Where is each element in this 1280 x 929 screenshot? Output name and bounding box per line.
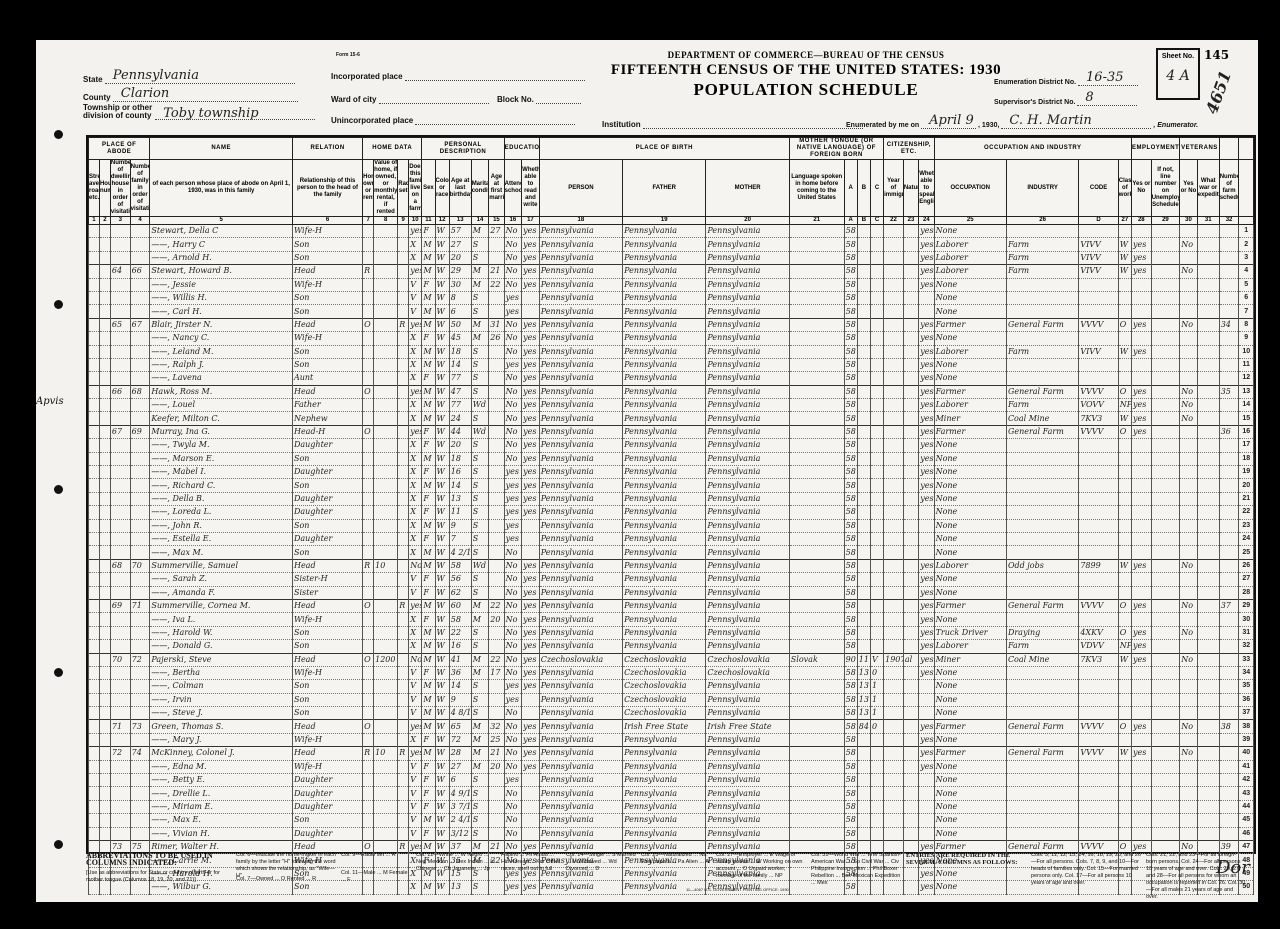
veteran — [1180, 358, 1198, 371]
immigration-year — [884, 573, 904, 586]
mother-birthplace: Pennsylvania — [706, 532, 789, 545]
person-name: ——, Vivian H. — [150, 827, 293, 840]
person-name: ——, Lavena — [150, 372, 293, 385]
can-read-write: yes — [522, 265, 540, 278]
dwelling-number — [110, 412, 130, 425]
age-at-marriage — [489, 466, 504, 479]
person-name: Pajerski, Steve — [150, 653, 293, 666]
occupation: Laborer — [934, 559, 1006, 572]
father-birthplace: Pennsylvania — [623, 800, 706, 813]
enumerator-name: C. H. Martin — [1001, 113, 1091, 128]
veteran — [1180, 345, 1198, 358]
war — [1197, 479, 1219, 492]
family-number — [130, 412, 150, 425]
column-number: 13 — [449, 217, 471, 225]
attended-school: No — [504, 626, 522, 639]
industry — [1006, 372, 1078, 385]
farm-schedule — [1219, 787, 1239, 800]
radio-set — [398, 626, 409, 639]
code-a: 58 — [844, 586, 857, 599]
industry: Farm — [1006, 251, 1078, 264]
can-read-write: yes — [522, 599, 540, 612]
row-number: 20 — [1239, 479, 1254, 492]
can-read-write: yes — [522, 586, 540, 599]
column-number: 1 — [89, 217, 100, 225]
mother-birthplace: Pennsylvania — [706, 506, 789, 519]
home-value — [374, 345, 398, 358]
radio-set — [398, 733, 409, 746]
column-number: 5 — [150, 217, 293, 225]
code-b — [857, 760, 870, 773]
code-c — [870, 573, 883, 586]
attended-school: No — [504, 439, 522, 452]
marital-status: S — [471, 800, 489, 813]
person-name: ——, Leland M. — [150, 345, 293, 358]
dwelling-number — [110, 492, 130, 505]
header-at-work: Yes or No — [1131, 160, 1151, 217]
binder-hole — [54, 130, 63, 139]
mother-tongue — [789, 532, 844, 545]
farm-residence: V — [409, 827, 422, 840]
radio-set — [398, 385, 409, 398]
war — [1197, 278, 1219, 291]
immigration-year — [884, 265, 904, 278]
line-number — [89, 291, 100, 304]
sex: M — [422, 814, 435, 827]
family-number — [130, 532, 150, 545]
mother-tongue — [789, 305, 844, 318]
veteran — [1180, 452, 1198, 465]
family-number: 71 — [130, 599, 150, 612]
at-work — [1131, 774, 1151, 787]
code-c — [870, 251, 883, 264]
can-read-write: yes — [522, 225, 540, 238]
can-read-write — [522, 519, 540, 532]
header-mother: MOTHER — [706, 160, 789, 217]
father-birthplace: Pennsylvania — [623, 599, 706, 612]
age-at-marriage — [489, 827, 504, 840]
radio-set — [398, 827, 409, 840]
sex: M — [422, 399, 435, 412]
page-stamp: 145 — [1204, 48, 1229, 62]
birthplace: Pennsylvania — [539, 586, 622, 599]
code-c — [870, 532, 883, 545]
age: 2 4/12 — [449, 814, 471, 827]
veteran — [1180, 707, 1198, 720]
war — [1197, 693, 1219, 706]
radio-set — [398, 278, 409, 291]
column-number: 19 — [623, 217, 706, 225]
sex: M — [422, 291, 435, 304]
mother-tongue — [789, 814, 844, 827]
age-at-marriage — [489, 305, 504, 318]
immigration-year — [884, 640, 904, 653]
header-age-marriage: Age at first marriage — [489, 160, 504, 217]
age-at-marriage — [489, 532, 504, 545]
race: W — [435, 640, 449, 653]
code-c — [870, 747, 883, 760]
table-row: 7072Pajerski, SteveHeadO1200NoMW41M22Noy… — [89, 653, 1254, 666]
farm-schedule: 34 — [1219, 318, 1239, 331]
age-at-marriage — [489, 680, 504, 693]
unemployment-line — [1151, 827, 1180, 840]
can-read-write: yes — [522, 573, 540, 586]
home-value — [374, 546, 398, 559]
code-a: 58 — [844, 827, 857, 840]
farm-schedule — [1219, 733, 1239, 746]
naturalization — [903, 492, 918, 505]
birthplace: Pennsylvania — [539, 385, 622, 398]
farm-schedule — [1219, 479, 1239, 492]
line-number — [89, 372, 100, 385]
farm-residence: X — [409, 452, 422, 465]
dwelling-number — [110, 291, 130, 304]
code-a: 58 — [844, 466, 857, 479]
mother-tongue — [789, 399, 844, 412]
farm-schedule — [1219, 452, 1239, 465]
home-tenure: O — [363, 385, 374, 398]
age: 20 — [449, 439, 471, 452]
age-at-marriage: 32 — [489, 720, 504, 733]
group-home: HOME DATA — [363, 138, 422, 160]
war — [1197, 318, 1219, 331]
home-tenure: R — [363, 747, 374, 760]
industry — [1006, 666, 1078, 679]
footer-col25: Col. 25—Naturalized ... Na First papers … — [641, 852, 711, 866]
house-number — [99, 251, 110, 264]
mother-tongue — [789, 385, 844, 398]
home-tenure — [363, 251, 374, 264]
race: W — [435, 425, 449, 438]
marital-status: S — [471, 412, 489, 425]
code-b — [857, 291, 870, 304]
war — [1197, 506, 1219, 519]
table-row: ——, Max E.SonVMW2 4/12SNoPennsylvaniaPen… — [89, 814, 1254, 827]
speaks-english — [919, 814, 934, 827]
age-at-marriage — [489, 787, 504, 800]
header-read: Whether able to read and write — [522, 160, 540, 217]
father-birthplace: Pennsylvania — [623, 332, 706, 345]
birthplace: Pennsylvania — [539, 305, 622, 318]
race: W — [435, 720, 449, 733]
attended-school: No — [504, 452, 522, 465]
row-number: 38 — [1239, 720, 1254, 733]
occupation-code: VIVV — [1079, 345, 1118, 358]
marital-status: S — [471, 452, 489, 465]
family-number — [130, 640, 150, 653]
veteran — [1180, 225, 1198, 238]
farm-residence: yes — [409, 385, 422, 398]
line-number — [89, 225, 100, 238]
code-c — [870, 466, 883, 479]
industry — [1006, 225, 1078, 238]
speaks-english: yes — [919, 278, 934, 291]
relationship: Son — [292, 479, 362, 492]
code-a: 58 — [844, 452, 857, 465]
speaks-english — [919, 787, 934, 800]
attended-school: yes — [504, 466, 522, 479]
age-at-marriage — [489, 519, 504, 532]
veteran — [1180, 586, 1198, 599]
father-birthplace: Pennsylvania — [623, 358, 706, 371]
unemployment-line — [1151, 265, 1180, 278]
father-birthplace: Pennsylvania — [623, 452, 706, 465]
sheet-number: 4 A — [1158, 68, 1198, 84]
enumeration-date-field: Enumerated by me on April 9 , 1930, C. H… — [846, 113, 1198, 129]
home-tenure — [363, 680, 374, 693]
institution-field: Institution — [602, 120, 863, 129]
speaks-english — [919, 680, 934, 693]
veteran — [1180, 774, 1198, 787]
person-name: ——, Amanda F. — [150, 586, 293, 599]
age-at-marriage: 20 — [489, 760, 504, 773]
at-work — [1131, 532, 1151, 545]
occupation-code: 7KV3 — [1079, 412, 1118, 425]
occupation-code — [1079, 225, 1118, 238]
birthplace: Pennsylvania — [539, 291, 622, 304]
mother-birthplace: Pennsylvania — [706, 559, 789, 572]
speaks-english: yes — [919, 425, 934, 438]
veteran — [1180, 800, 1198, 813]
veteran: No — [1180, 626, 1198, 639]
dwelling-number — [110, 345, 130, 358]
birthplace: Pennsylvania — [539, 358, 622, 371]
dwelling-number: 67 — [110, 425, 130, 438]
occupation: Laborer — [934, 399, 1006, 412]
relationship: Wife-H — [292, 278, 362, 291]
immigration-year — [884, 626, 904, 639]
person-name: ——, Edna M. — [150, 760, 293, 773]
farm-schedule — [1219, 492, 1239, 505]
code-c — [870, 291, 883, 304]
worker-class — [1118, 586, 1131, 599]
header-war: What war or expedition? — [1197, 160, 1219, 217]
veteran — [1180, 546, 1198, 559]
birthplace: Pennsylvania — [539, 747, 622, 760]
speaks-english: yes — [919, 251, 934, 264]
age: 14 — [449, 680, 471, 693]
column-number: 24 — [919, 217, 934, 225]
war — [1197, 372, 1219, 385]
occupation: None — [934, 613, 1006, 626]
group-citizenship: CITIZENSHIP, ETC. — [884, 138, 934, 160]
mother-tongue — [789, 251, 844, 264]
mother-tongue — [789, 640, 844, 653]
birthplace: Pennsylvania — [539, 573, 622, 586]
row-number: 16 — [1239, 425, 1254, 438]
at-work — [1131, 814, 1151, 827]
person-name: ——, Iva L. — [150, 613, 293, 626]
column-number: 15 — [489, 217, 504, 225]
unemployment-line — [1151, 733, 1180, 746]
home-tenure — [363, 760, 374, 773]
farm-residence: X — [409, 519, 422, 532]
war — [1197, 787, 1219, 800]
farm-schedule — [1219, 358, 1239, 371]
sex: M — [422, 519, 435, 532]
code-c — [870, 372, 883, 385]
can-read-write — [522, 774, 540, 787]
race: W — [435, 291, 449, 304]
code-b — [857, 559, 870, 572]
at-work: yes — [1131, 599, 1151, 612]
relationship: Head — [292, 747, 362, 760]
table-row: 6668Hawk, Ross M.HeadOyesMW47SNoyesPenns… — [89, 385, 1254, 398]
attended-school: No — [504, 733, 522, 746]
code-c: 0 — [870, 720, 883, 733]
mother-birthplace: Pennsylvania — [706, 760, 789, 773]
farm-schedule — [1219, 519, 1239, 532]
sex: M — [422, 412, 435, 425]
unemployment-line — [1151, 372, 1180, 385]
farm-residence: yes — [409, 599, 422, 612]
age: 22 — [449, 626, 471, 639]
unemployment-line — [1151, 640, 1180, 653]
radio-set — [398, 399, 409, 412]
home-value — [374, 814, 398, 827]
father-birthplace: Pennsylvania — [623, 747, 706, 760]
marital-status: M — [471, 278, 489, 291]
state-value: Pennsylvania — [105, 68, 199, 83]
column-number: 10 — [409, 217, 422, 225]
occupation-code — [1079, 332, 1118, 345]
relationship: Daughter — [292, 800, 362, 813]
unemployment-line — [1151, 439, 1180, 452]
mother-birthplace: Pennsylvania — [706, 693, 789, 706]
row-number: 9 — [1239, 332, 1254, 345]
speaks-english: yes — [919, 733, 934, 746]
code-b — [857, 466, 870, 479]
home-tenure — [363, 586, 374, 599]
group-tongue: MOTHER TONGUE (OR NATIVE LANGUAGE) OF FO… — [789, 138, 883, 160]
dwelling-number — [110, 707, 130, 720]
race: W — [435, 747, 449, 760]
naturalization — [903, 332, 918, 345]
age-at-marriage — [489, 506, 504, 519]
unemployment-line — [1151, 278, 1180, 291]
header-code-c: C — [870, 160, 883, 217]
veteran: No — [1180, 385, 1198, 398]
speaks-english: yes — [919, 720, 934, 733]
mother-tongue — [789, 680, 844, 693]
home-tenure — [363, 439, 374, 452]
occupation-code — [1079, 827, 1118, 840]
family-number — [130, 492, 150, 505]
radio-set — [398, 291, 409, 304]
industry — [1006, 586, 1078, 599]
immigration-year — [884, 680, 904, 693]
mother-tongue — [789, 278, 844, 291]
marital-status: S — [471, 626, 489, 639]
person-name: ——, Loreda L. — [150, 506, 293, 519]
line-number — [89, 827, 100, 840]
sex: M — [422, 251, 435, 264]
war — [1197, 573, 1219, 586]
dwelling-number: 64 — [110, 265, 130, 278]
age-at-marriage — [489, 492, 504, 505]
industry: General Farm — [1006, 747, 1078, 760]
radio-set — [398, 412, 409, 425]
father-birthplace: Pennsylvania — [623, 305, 706, 318]
speaks-english: yes — [919, 466, 934, 479]
farm-schedule — [1219, 439, 1239, 452]
mother-birthplace: Pennsylvania — [706, 238, 789, 251]
occupation-code — [1079, 814, 1118, 827]
immigration-year — [884, 747, 904, 760]
naturalization — [903, 532, 918, 545]
farm-schedule — [1219, 814, 1239, 827]
dwelling-number — [110, 332, 130, 345]
line-number — [89, 720, 100, 733]
unemployment-line — [1151, 787, 1180, 800]
at-work — [1131, 225, 1151, 238]
birthplace: Pennsylvania — [539, 546, 622, 559]
radio-set — [398, 358, 409, 371]
row-number: 14 — [1239, 399, 1254, 412]
row-number: 44 — [1239, 800, 1254, 813]
occupation-code: 7KV3 — [1079, 653, 1118, 666]
unemployment-line — [1151, 586, 1180, 599]
war — [1197, 519, 1219, 532]
farm-residence: V — [409, 760, 422, 773]
occupation: Farmer — [934, 318, 1006, 331]
column-number: C — [870, 217, 883, 225]
home-value — [374, 774, 398, 787]
person-name: ——, Jessie — [150, 278, 293, 291]
birthplace: Pennsylvania — [539, 720, 622, 733]
age-at-marriage — [489, 626, 504, 639]
home-tenure — [363, 278, 374, 291]
radio-set — [398, 640, 409, 653]
code-c — [870, 640, 883, 653]
home-tenure — [363, 787, 374, 800]
marital-status: M — [471, 599, 489, 612]
person-name: ——, Donald G. — [150, 640, 293, 653]
code-b — [857, 546, 870, 559]
code-b: 13 — [857, 666, 870, 679]
worker-class: W — [1118, 251, 1131, 264]
marital-status: Wd — [471, 425, 489, 438]
at-work: yes — [1131, 720, 1151, 733]
mother-birthplace: Pennsylvania — [706, 332, 789, 345]
dwelling-number — [110, 787, 130, 800]
naturalization — [903, 345, 918, 358]
immigration-year — [884, 318, 904, 331]
age-at-marriage: 26 — [489, 332, 504, 345]
farm-schedule — [1219, 251, 1239, 264]
code-b: 13 — [857, 680, 870, 693]
dwelling-number — [110, 305, 130, 318]
occupation-code: VVVV — [1079, 318, 1118, 331]
table-row: ——, John R.SonXMW9SyesPennsylvaniaPennsy… — [89, 519, 1254, 532]
relationship: Son — [292, 693, 362, 706]
house-number — [99, 318, 110, 331]
war — [1197, 385, 1219, 398]
code-a: 58 — [844, 733, 857, 746]
line-number — [89, 693, 100, 706]
race: W — [435, 546, 449, 559]
sex: M — [422, 479, 435, 492]
occupation-code: VDVV — [1079, 640, 1118, 653]
code-c — [870, 814, 883, 827]
dwelling-number — [110, 640, 130, 653]
immigration-year — [884, 693, 904, 706]
birthplace: Pennsylvania — [539, 425, 622, 438]
header-line-number — [1239, 160, 1254, 217]
code-c — [870, 546, 883, 559]
mother-tongue — [789, 479, 844, 492]
table-row: 6567Blair, Jirster N.HeadORyesMW50M31Noy… — [89, 318, 1254, 331]
